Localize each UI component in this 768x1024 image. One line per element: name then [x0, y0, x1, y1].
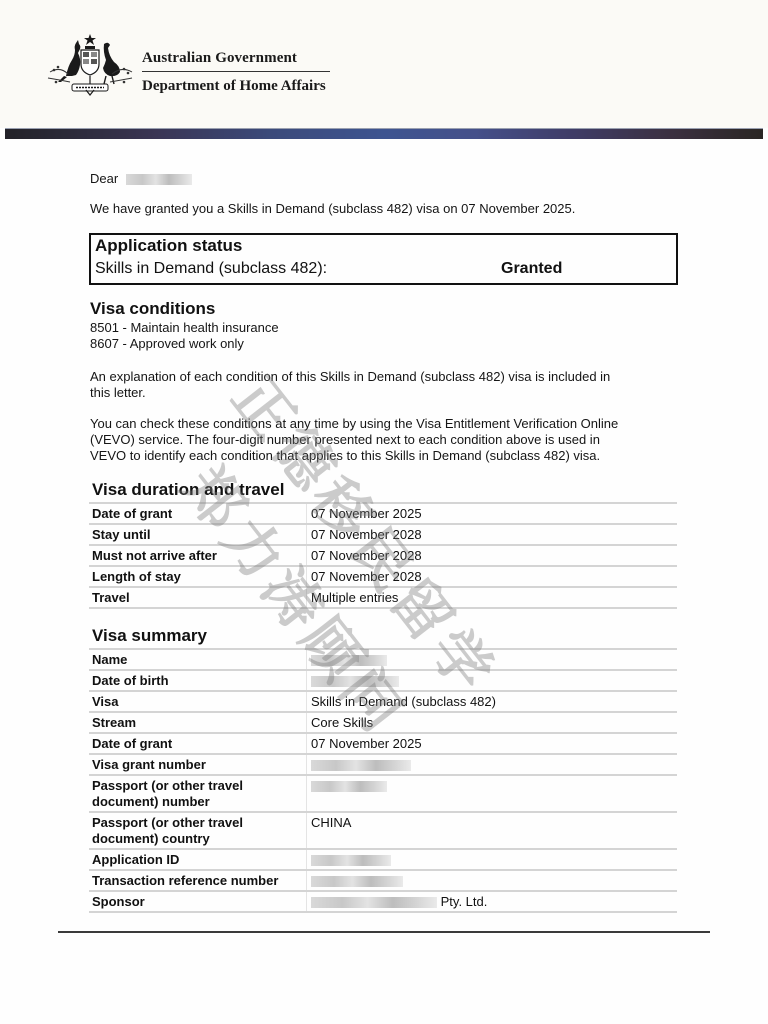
visa-duration-table: Date of grant07 November 2025 Stay until…	[89, 502, 677, 609]
application-id-redacted	[311, 855, 391, 866]
vevo-paragraph: You can check these conditions at any ti…	[90, 416, 618, 432]
conditions-explanation-cont: this letter.	[90, 385, 146, 401]
row-label: Date of birth	[89, 671, 306, 690]
vevo-paragraph-cont: (VEVO) service. The four-digit number pr…	[90, 432, 600, 448]
grant-number-redacted	[311, 760, 411, 771]
table-row: Name	[89, 648, 677, 669]
visa-summary-table: Name Date of birth VisaSkills in Demand …	[89, 648, 677, 913]
table-row: StreamCore Skills	[89, 711, 677, 732]
label-line: Passport (or other travel	[92, 815, 243, 830]
row-value	[306, 776, 677, 811]
table-row: Sponsor Pty. Ltd.	[89, 890, 677, 913]
sponsor-suffix: Pty. Ltd.	[441, 894, 488, 909]
row-label: Date of grant	[89, 504, 306, 523]
row-label: Visa	[89, 692, 306, 711]
table-row: Must not arrive after07 November 2028	[89, 544, 677, 565]
table-row: TravelMultiple entries	[89, 586, 677, 609]
visa-duration-heading: Visa duration and travel	[92, 480, 284, 500]
row-value: 07 November 2025	[306, 734, 677, 753]
table-row: Date of birth	[89, 669, 677, 690]
row-value: 07 November 2028	[306, 546, 677, 565]
row-value	[306, 671, 677, 690]
footer-divider	[58, 931, 710, 933]
passport-number-redacted	[311, 781, 387, 792]
row-label: Name	[89, 650, 306, 669]
row-value	[306, 871, 677, 890]
letter-body: Dear We have granted you a Skills in Dem…	[0, 0, 768, 1024]
row-label: Travel	[89, 588, 306, 607]
label-line: Passport (or other travel	[92, 778, 243, 793]
application-status-box: Application status Skills in Demand (sub…	[89, 233, 678, 285]
salutation: Dear	[90, 171, 192, 187]
label-line: document) country	[92, 831, 210, 846]
table-row: Visa grant number	[89, 753, 677, 774]
row-value: Core Skills	[306, 713, 677, 732]
label-line: document) number	[92, 794, 210, 809]
table-row: Application ID	[89, 848, 677, 869]
visa-conditions-heading: Visa conditions	[90, 299, 215, 319]
grant-intro: We have granted you a Skills in Demand (…	[90, 201, 575, 217]
dob-redacted	[311, 676, 399, 687]
table-row: Length of stay07 November 2028	[89, 565, 677, 586]
row-label: Application ID	[89, 850, 306, 869]
condition-item: 8607 - Approved work only	[90, 336, 244, 352]
row-label: Date of grant	[89, 734, 306, 753]
row-value: Skills in Demand (subclass 482)	[306, 692, 677, 711]
conditions-explanation: An explanation of each condition of this…	[90, 369, 610, 385]
row-value	[306, 650, 677, 669]
application-status-title: Application status	[95, 236, 242, 256]
row-label: Length of stay	[89, 567, 306, 586]
row-label: Transaction reference number	[89, 871, 306, 890]
row-value	[306, 755, 677, 774]
name-redacted	[311, 655, 387, 666]
row-value: 07 November 2025	[306, 504, 677, 523]
row-label: Visa grant number	[89, 755, 306, 774]
row-value: 07 November 2028	[306, 567, 677, 586]
visa-summary-heading: Visa summary	[92, 626, 207, 646]
row-label: Stay until	[89, 525, 306, 544]
table-row: Transaction reference number	[89, 869, 677, 890]
application-status-visa: Skills in Demand (subclass 482):	[95, 260, 327, 278]
row-value: Multiple entries	[306, 588, 677, 607]
row-label: Passport (or other traveldocument) count…	[89, 813, 306, 848]
condition-item: 8501 - Maintain health insurance	[90, 320, 279, 336]
salutation-text: Dear	[90, 171, 118, 186]
table-row: VisaSkills in Demand (subclass 482)	[89, 690, 677, 711]
row-label: Stream	[89, 713, 306, 732]
table-row: Passport (or other traveldocument) numbe…	[89, 774, 677, 811]
table-row: Date of grant07 November 2025	[89, 502, 677, 523]
table-row: Date of grant07 November 2025	[89, 732, 677, 753]
row-label: Passport (or other traveldocument) numbe…	[89, 776, 306, 811]
row-label: Must not arrive after	[89, 546, 306, 565]
row-label: Sponsor	[89, 892, 306, 911]
table-row: Stay until07 November 2028	[89, 523, 677, 544]
sponsor-name-redacted	[311, 897, 437, 908]
row-value: Pty. Ltd.	[306, 892, 677, 911]
table-row: Passport (or other traveldocument) count…	[89, 811, 677, 848]
application-status-value: Granted	[501, 260, 562, 278]
row-value: CHINA	[306, 813, 677, 848]
row-value	[306, 850, 677, 869]
transaction-ref-redacted	[311, 876, 403, 887]
recipient-name-redacted	[126, 174, 192, 185]
row-value: 07 November 2028	[306, 525, 677, 544]
vevo-paragraph-cont: VEVO to identify each condition that app…	[90, 448, 600, 464]
